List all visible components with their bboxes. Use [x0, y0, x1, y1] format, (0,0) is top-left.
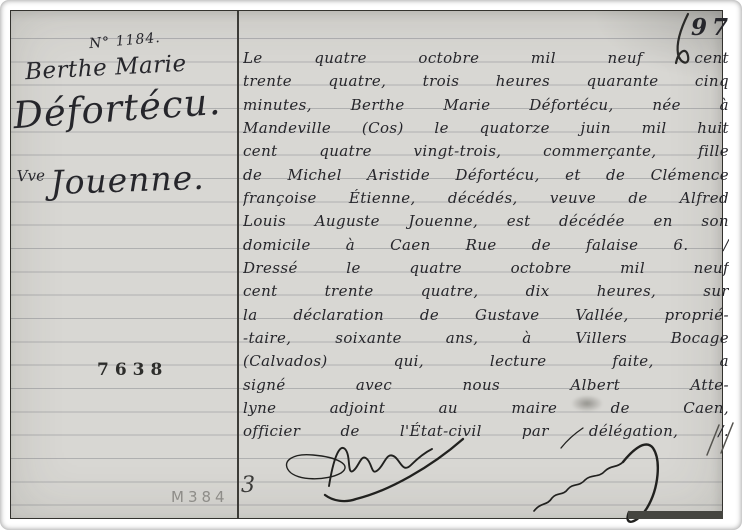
ink-smudge — [571, 395, 603, 412]
act-text-line: cent quatre vingt-trois, commerçante, fi… — [243, 140, 729, 163]
archive-mark: 3 — [241, 473, 255, 498]
act-text-line: de Michel Aristide Défortécu, et de Clém… — [243, 164, 729, 187]
declarant-signature-icon — [269, 431, 479, 509]
archive-stamp: M384 — [171, 488, 229, 506]
act-text-line: (Calvados) qui, lecture faite, a — [243, 350, 729, 373]
widow-surname: Jouenne. — [50, 158, 206, 202]
act-text-line: signé avec nous Albert Atte- — [243, 374, 729, 397]
act-text-line: lyne adjoint au maire de Caen, — [243, 397, 729, 420]
act-text-line: minutes, Berthe Marie Défortécu, née à — [243, 94, 729, 117]
registry-stamp-number: 7638 — [97, 360, 168, 380]
act-text-line: françoise Étienne, décédés, veuve de Alf… — [243, 187, 729, 210]
margin-widow-name: Vve Jouenne. — [16, 158, 205, 204]
act-text-line: trente quatre, trois heures quarante cin… — [243, 70, 729, 93]
act-text-line: Louis Auguste Jouenne, est décédée en so… — [243, 210, 729, 233]
widow-prefix: Vve — [16, 166, 45, 185]
margin-divider-line — [237, 11, 239, 518]
act-number: N° 1184. — [88, 30, 161, 52]
slash-marks-icon — [689, 419, 739, 459]
register-paper: N° 1184. Berthe Marie Défortécu. Vve Jou… — [10, 10, 723, 519]
margin-surname: Défortécu. — [12, 80, 223, 137]
scanned-register-page: N° 1184. Berthe Marie Défortécu. Vve Jou… — [0, 0, 742, 530]
act-text-line: la déclaration de Gustave Vallée, propri… — [243, 304, 729, 327]
page-number: 97 — [691, 14, 733, 41]
act-text-line: domicile à Caen Rue de falaise 6. / — [243, 234, 729, 257]
act-text-line: Le quatre octobre mil neuf cent — [243, 47, 729, 70]
scan-edge-shadow — [628, 511, 723, 519]
margin-given-names: Berthe Marie — [24, 51, 187, 85]
act-text-line: cent trente quatre, dix heures, sur — [243, 280, 729, 303]
act-text-line: Mandeville (Cos) le quatorze juin mil hu… — [243, 117, 729, 140]
act-text: Le quatre octobre mil neuf cent trente q… — [243, 47, 729, 444]
act-text-line: -taire, soixante ans, à Villers Bocage — [243, 327, 729, 350]
act-text-line: Dressé le quatre octobre mil neuf — [243, 257, 729, 280]
